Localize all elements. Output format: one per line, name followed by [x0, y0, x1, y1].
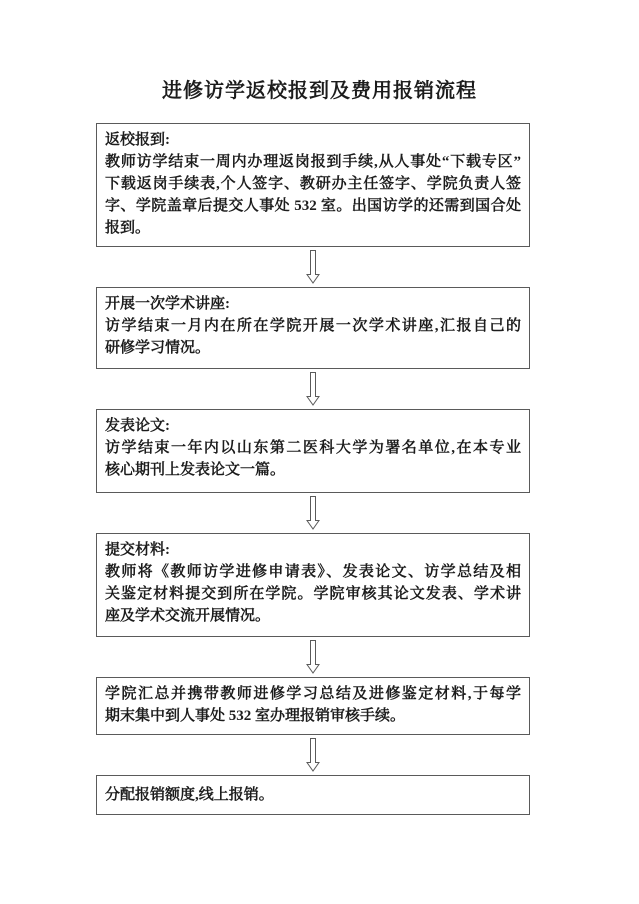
step-text-line: 座及学术交流开展情况。 [105, 605, 521, 627]
flow-connector [96, 637, 530, 677]
step-text-line: 学院汇总并携带教师进修学习总结及进修鉴定材料,于每学 [105, 683, 521, 705]
flow-connector [96, 735, 530, 775]
flow-connector [96, 247, 530, 287]
step-text-line: 访学结束一月内在所在学院开展一次学术讲座,汇报自己的 [105, 315, 521, 337]
down-arrow-icon [305, 496, 321, 530]
step-heading: 返校报到: [105, 129, 521, 151]
step-text-line: 分配报销额度,线上报销。 [105, 784, 521, 806]
step-text-line: 访学结束一年内以山东第二医科大学为署名单位,在本专业 [105, 437, 521, 459]
step-text-line: 研修学习情况。 [105, 337, 521, 359]
step-text-line: 关鉴定材料提交到所在学院。学院审核其论文发表、学术讲 [105, 583, 521, 605]
step-text-line: 下载返岗手续表,个人签字、教研办主任签字、学院负责人签 [105, 173, 521, 195]
step-text-line: 字、学院盖章后提交人事处 532 室。出国访学的还需到国合处 [105, 195, 521, 217]
step-text-line: 核心期刊上发表论文一篇。 [105, 459, 521, 481]
step-heading: 发表论文: [105, 415, 521, 437]
step-text-line: 期末集中到人事处 532 室办理报销审核手续。 [105, 705, 521, 727]
step-heading: 开展一次学术讲座: [105, 293, 521, 315]
flow-step-allocate-quota: 分配报销额度,线上报销。 [96, 775, 530, 815]
flow-step-return-registration: 返校报到: 教师访学结束一周内办理返岗报到手续,从人事处“下载专区” 下载返岗手… [96, 123, 530, 247]
flowchart: 返校报到: 教师访学结束一周内办理返岗报到手续,从人事处“下载专区” 下载返岗手… [96, 123, 530, 815]
step-text-line: 报到。 [105, 217, 521, 239]
flow-step-submit-materials: 提交材料: 教师将《教师访学进修申请表》、发表论文、访学总结及相 关鉴定材料提交… [96, 533, 530, 637]
step-heading: 提交材料: [105, 539, 521, 561]
document-page: 进修访学返校报到及费用报销流程 返校报到: 教师访学结束一周内办理返岗报到手续,… [0, 0, 639, 904]
down-arrow-icon [305, 250, 321, 284]
page-title: 进修访学返校报到及费用报销流程 [0, 0, 639, 103]
down-arrow-icon [305, 372, 321, 406]
step-text-line: 教师访学结束一周内办理返岗报到手续,从人事处“下载专区” [105, 151, 521, 173]
step-text-line: 教师将《教师访学进修申请表》、发表论文、访学总结及相 [105, 561, 521, 583]
flow-step-academic-lecture: 开展一次学术讲座: 访学结束一月内在所在学院开展一次学术讲座,汇报自己的 研修学… [96, 287, 530, 369]
flow-step-college-summary: 学院汇总并携带教师进修学习总结及进修鉴定材料,于每学 期末集中到人事处 532 … [96, 677, 530, 735]
down-arrow-icon [305, 738, 321, 772]
flow-step-publish-paper: 发表论文: 访学结束一年内以山东第二医科大学为署名单位,在本专业 核心期刊上发表… [96, 409, 530, 493]
down-arrow-icon [305, 640, 321, 674]
flow-connector [96, 493, 530, 533]
flow-connector [96, 369, 530, 409]
